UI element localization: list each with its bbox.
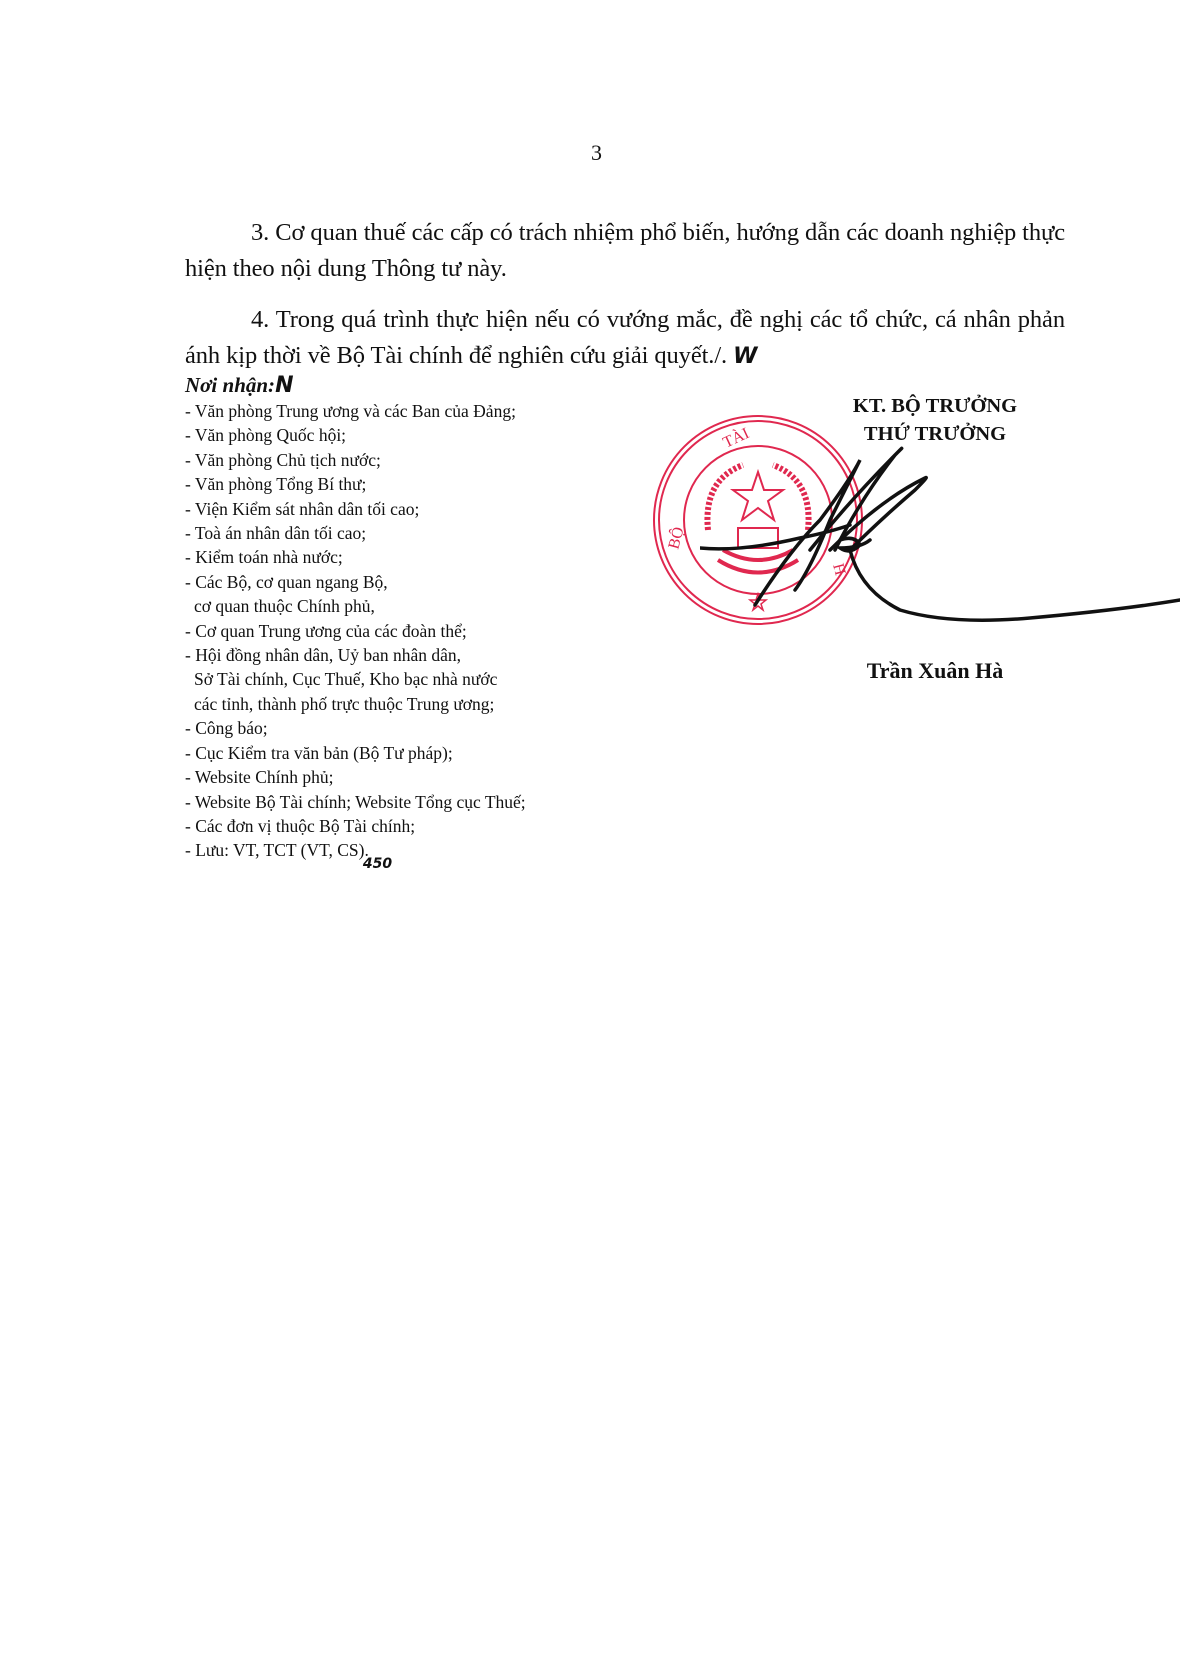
handwritten-initials: W (733, 344, 757, 369)
recipients-initials: N (275, 373, 293, 398)
signer-name: Trần Xuân Hà (790, 658, 1080, 684)
recipients-title-text: Nơi nhận: (185, 373, 275, 397)
paragraph-3: 3. Cơ quan thuế các cấp có trách nhiệm p… (185, 215, 1065, 287)
recipient-item: - Văn phòng Chủ tịch nước; (185, 448, 526, 472)
recipient-line-continuation: cơ quan thuộc Chính phủ, (185, 594, 526, 618)
recipient-line: - Văn phòng Quốc hội; (185, 425, 346, 445)
recipient-line: - Lưu: VT, TCT (VT, CS). (185, 840, 369, 860)
recipients-title: Nơi nhận:N (185, 372, 526, 399)
recipient-item: - Hội đồng nhân dân, Uỷ ban nhân dân,Sở … (185, 643, 526, 716)
recipient-line: - Website Chính phủ; (185, 767, 333, 787)
recipient-line-continuation: các tỉnh, thành phố trực thuộc Trung ươn… (185, 692, 526, 716)
recipient-item: - Kiểm toán nhà nước; (185, 545, 526, 569)
recipient-list: - Văn phòng Trung ương và các Ban của Đả… (185, 399, 526, 865)
recipient-item: - Văn phòng Trung ương và các Ban của Đả… (185, 399, 526, 423)
recipient-line-continuation: Sở Tài chính, Cục Thuế, Kho bạc nhà nước (185, 667, 526, 691)
paragraph-4: 4. Trong quá trình thực hiện nếu có vướn… (185, 302, 1065, 375)
recipient-line: - Hội đồng nhân dân, Uỷ ban nhân dân, (185, 645, 461, 665)
recipient-item: - Website Bộ Tài chính; Website Tổng cục… (185, 790, 526, 814)
paragraph-4-text: 4. Trong quá trình thực hiện nếu có vướn… (185, 306, 1065, 369)
recipient-line: - Cơ quan Trung ương của các đoàn thể; (185, 621, 467, 641)
handwritten-signature-icon (700, 440, 1180, 640)
page-number: 3 (0, 140, 1193, 166)
recipient-item: - Cơ quan Trung ương của các đoàn thể; (185, 619, 526, 643)
recipient-item: - Các Bộ, cơ quan ngang Bộ,cơ quan thuộc… (185, 570, 526, 619)
recipient-item: - Viện Kiểm sát nhân dân tối cao; (185, 497, 526, 521)
recipient-item: - Văn phòng Tổng Bí thư; (185, 472, 526, 496)
handwritten-note: 450 (363, 856, 392, 872)
recipient-line: - Viện Kiểm sát nhân dân tối cao; (185, 499, 419, 519)
recipient-item: - Văn phòng Quốc hội; (185, 423, 526, 447)
recipient-line: - Website Bộ Tài chính; Website Tổng cục… (185, 792, 526, 812)
recipient-item: - Các đơn vị thuộc Bộ Tài chính; (185, 814, 526, 838)
recipient-line: - Toà án nhân dân tối cao; (185, 523, 366, 543)
recipient-line: - Các Bộ, cơ quan ngang Bộ, (185, 572, 388, 592)
recipient-item: - Website Chính phủ; (185, 765, 526, 789)
recipient-line: - Công báo; (185, 718, 268, 738)
recipient-item: - Lưu: VT, TCT (VT, CS).450 (185, 838, 526, 864)
recipient-line: - Cục Kiểm tra văn bản (Bộ Tư pháp); (185, 743, 453, 763)
recipient-line: - Văn phòng Tổng Bí thư; (185, 474, 366, 494)
recipient-item: - Toà án nhân dân tối cao; (185, 521, 526, 545)
paragraph-3-text: 3. Cơ quan thuế các cấp có trách nhiệm p… (185, 219, 1065, 282)
svg-text:BỘ: BỘ (664, 525, 688, 551)
recipient-line: - Văn phòng Chủ tịch nước; (185, 450, 381, 470)
recipients-block: Nơi nhận:N - Văn phòng Trung ương và các… (185, 372, 526, 865)
recipient-item: - Công báo; (185, 716, 526, 740)
recipient-item: - Cục Kiểm tra văn bản (Bộ Tư pháp); (185, 741, 526, 765)
recipient-line: - Kiểm toán nhà nước; (185, 547, 343, 567)
recipient-line: - Văn phòng Trung ương và các Ban của Đả… (185, 401, 516, 421)
recipient-line: - Các đơn vị thuộc Bộ Tài chính; (185, 816, 415, 836)
